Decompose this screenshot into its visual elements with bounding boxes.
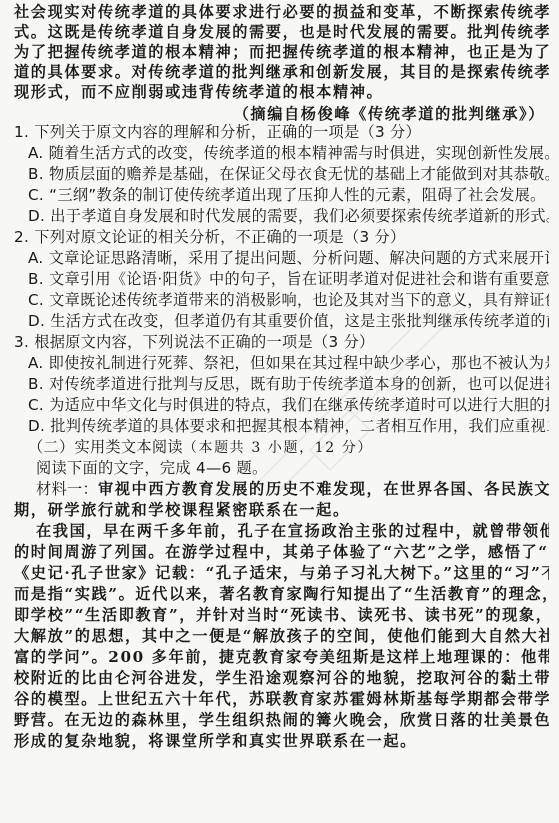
question-option: C. 为适应中华文化与时俱进的特点，我们在继承传统孝道时可以进行大胆的损益和变革… [28, 395, 549, 415]
question-option: A. 文章论证思路清晰，采用了提出问题、分析问题、解决问题的方式来展开论证。 [28, 248, 549, 268]
material-line: 谷的模型。上世纪五六十年代，苏联教育家苏霍姆林斯基每学期都会带学生到森林里研学 [14, 689, 549, 709]
question-stem: 3. 根据原文内容，下列说法不正确的一项是（3 分） [14, 332, 549, 352]
material-line: 大解放”的思想，其中之一便是“解放孩子的空间，使他们能到大自然大社会中取得更丰 [14, 626, 549, 646]
question-stem: 2. 下列对原文论证的相关分析，不正确的一项是（3 分） [14, 227, 549, 247]
passage-line: 为了把握传统孝道的根本精神；而把握传统孝道的根本精神，也正是为了创新和发展传统孝 [14, 42, 549, 62]
passage-line: 现形式，而不应削弱或违背传统孝道的根本精神。 [14, 82, 549, 102]
exam-page: 社会现实对传统孝道的具体要求进行必要的损益和变革，不断探索传统孝道的新的实现形 … [0, 0, 559, 823]
question-option: B. 文章引用《论语·阳货》中的句子，旨在证明孝道对促进社会和谐有重要意义。 [28, 269, 549, 289]
passage-source: （摘编自杨俊峰《传统孝道的批判继承》） [234, 104, 545, 124]
material1-first-line: 材料一：审视中西方教育发展的历史不难发现，在世界各国、各民族文明教育的初始 [36, 479, 549, 499]
question-option: D. 生活方式在改变，但孝道仍有其重要价值，这是主张批判继承传统孝道的前提。 [28, 311, 549, 331]
material-line: 期，研学旅行就和学校课程紧密联系在一起。 [14, 500, 549, 520]
question-option: D. 批判传统孝道的具体要求和把握其根本精神，二者相互作用，我们应重视二者的联系… [28, 416, 549, 436]
material-text: 审视中西方教育发展的历史不难发现，在世界各国、各民族文明教育的初始 [98, 480, 549, 498]
material-line: 校附近的比由仑河谷进发，学生沿途观察河谷的地貌，挖取河谷的黏土带回学校，捏成河 [14, 668, 549, 688]
reading-instruction: 阅读下面的文字，完成 4—6 题。 [36, 458, 549, 478]
question-option: A. 随着生活方式的改变，传统孝道的根本精神需与时俱进，实现创新性发展。 [28, 143, 549, 163]
section-heading: （二）实用类文本阅读（本题共 3 小题，12 分） [28, 437, 549, 457]
material1-label: 材料一： [36, 480, 98, 498]
material-line: 野营。在无边的森林里，学生组织热闹的篝火晚会，欣赏日落的壮美景色，观察河流冲刷 [14, 710, 549, 730]
material-line: 在我国，早在两千多年前，孔子在宣扬政治主张的过程中，就曾带领他的弟子用 14 年 [36, 521, 549, 541]
passage-line: 社会现实对传统孝道的具体要求进行必要的损益和变革，不断探索传统孝道的新的实现形 [14, 2, 549, 22]
section-heading-note: （本题共 3 小题，12 分） [183, 440, 373, 456]
question-option: B. 物质层面的赡养是基础，在保证父母衣食无忧的基础上才能做到对其恭敬。 [28, 164, 549, 184]
question-option: C. “三纲”教条的制订使传统孝道出现了压抑人性的元素，阻碍了社会发展。 [28, 185, 549, 205]
passage-line: 式。这既是传统孝道自身发展的需要，也是时代发展的需要。批判传统孝道的具体要求，是 [14, 22, 549, 42]
material-line: 的时间周游了列国。在游学过程中，其弟子体验了“六艺”之学，感悟了“仁义”之本。 [14, 542, 549, 562]
question-option: A. 即使按礼制进行死葬、祭祀，但如果在其过程中缺少孝心，那也不被认为是真正的孝… [28, 353, 549, 373]
passage-line: 道的具体要求。对传统孝道的批判继承和创新发展，其目的是探索传统孝道在新时代的新实 [14, 62, 549, 82]
question-option: C. 文章既论述传统孝道带来的消极影响，也论及其对当下的意义，具有辩证色彩。 [28, 290, 549, 310]
question-option: B. 对传统孝道进行批判与反思，既有助于传统孝道本身的创新，也可以促进社会的发展… [28, 374, 549, 394]
material-line: 即学校”“生活即教育”，并针对当时“死读书、读死书、读书死”的现象，提出了“六 [14, 605, 549, 625]
section-heading-title: （二）实用类文本阅读 [28, 438, 183, 456]
material-line: 《史记·孔子世家》记载：“孔子适宋，与弟子习礼大树下。”这里的“习”不是温习， [14, 563, 549, 583]
material-line: 形成的复杂地貌，将课堂所学和真实世界联系在一起。 [14, 731, 549, 751]
question-option: D. 出于孝道自身发展和时代发展的需要，我们必须要探索传统孝道新的形式。 [28, 206, 549, 226]
material-line: 富的学问”。200 多年前，捷克教育家夸美纽斯是这样上地理课的：他带着学生徒步向… [14, 647, 549, 667]
material-line: 而是指“实践”。近代以来，著名教育家陶行知提出了“生活教育”的理念，认为“社会 [14, 584, 549, 604]
question-stem: 1. 下列关于原文内容的理解和分析，正确的一项是（3 分） [14, 122, 549, 142]
